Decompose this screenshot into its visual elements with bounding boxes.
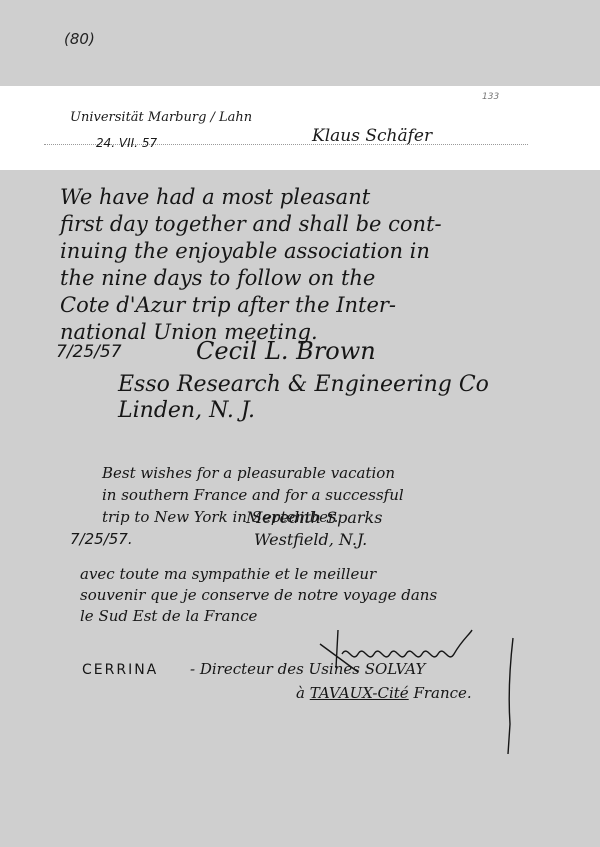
brown-affiliation: Esso Research & Engineering Co Linden, N… (118, 372, 489, 424)
location-prefix: à (296, 684, 305, 702)
cerrina-message: avec toute ma sympathie et le meilleur s… (80, 564, 437, 627)
page-number: (80) (64, 30, 95, 48)
sparks-date: 7/25/57. (70, 530, 133, 548)
message-line: first day together and shall be cont- (60, 211, 442, 238)
brown-message: We have had a most pleasant first day to… (60, 184, 442, 346)
message-line: We have had a most pleasant (60, 184, 442, 211)
message-line: in southern France and for a successful (102, 484, 404, 506)
message-line: the nine days to follow on the (60, 265, 442, 292)
cerrina-name: CERRINA (82, 662, 158, 678)
message-line: inuing the enjoyable association in (60, 238, 442, 265)
brown-date: 7/25/57 (56, 342, 122, 362)
message-line: souvenir que je conserve de notre voyage… (80, 585, 437, 606)
message-line: Best wishes for a pleasurable vacation (102, 462, 404, 484)
brown-signature: Cecil L. Brown (196, 337, 376, 365)
sparks-signature: Meredith Sparks (246, 508, 382, 527)
sparks-location: Westfield, N.J. (254, 530, 367, 549)
location-town: TAVAUX-Cité (310, 684, 409, 702)
strip-institution: Universität Marburg / Lahn (70, 110, 252, 125)
strip-corner-number: 133 (482, 92, 499, 102)
message-line: Cote d'Azur trip after the Inter- (60, 292, 442, 319)
affiliation-line: Linden, N. J. (118, 398, 489, 424)
message-line: avec toute ma sympathie et le meilleur (80, 564, 437, 585)
location-country: France. (413, 684, 471, 702)
cerrina-title: - Directeur des Usines SOLVAY (190, 660, 425, 678)
cerrina-location: à TAVAUX-Cité France. (296, 684, 472, 702)
strip-date: 24. VII. 57 (96, 136, 157, 150)
strip-signature: Klaus Schäfer (312, 126, 432, 146)
pasted-signature-strip: 133 Universität Marburg / Lahn 24. VII. … (0, 86, 600, 170)
affiliation-line: Esso Research & Engineering Co (118, 372, 489, 398)
